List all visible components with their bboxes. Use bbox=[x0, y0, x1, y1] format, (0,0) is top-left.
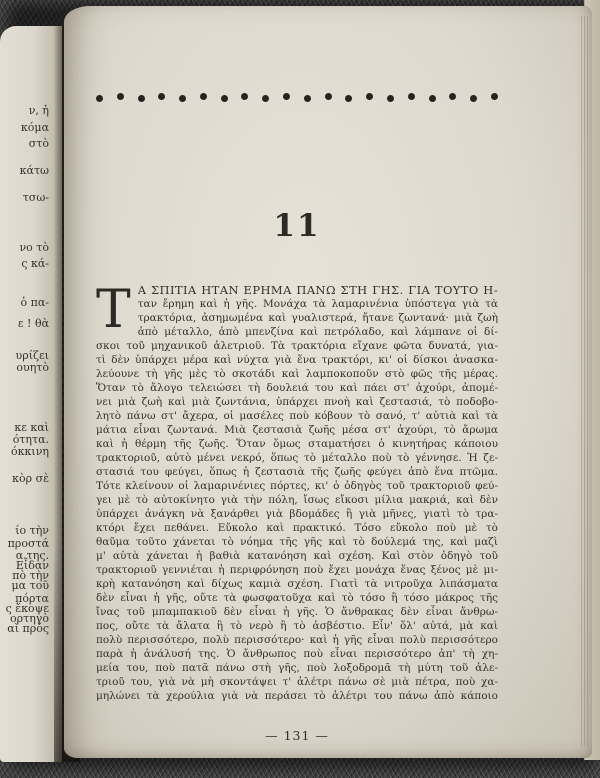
ornament-dot bbox=[283, 93, 290, 100]
ornament-dot bbox=[491, 93, 498, 100]
ornament-dot bbox=[221, 95, 228, 102]
text-line: σκοι τοῦ μηχανικοῦ ἀλετριοῦ. Τὰ τρακτόρι… bbox=[96, 339, 498, 353]
left-page-fragment: ουητὸ bbox=[16, 362, 49, 374]
text-line: τρακτοριοῦ, αὐτὸ μένει νεκρό, ὅπως τὸ μέ… bbox=[96, 451, 498, 465]
ornament-dot bbox=[179, 95, 186, 102]
left-page-fragment: ν, ἡ bbox=[29, 105, 49, 117]
left-page-fragment: ε ! θὰ bbox=[18, 318, 49, 330]
text-line: δὲν εἶναι ἡ γῆς, οὔτε τὰ φωσφατοῦχα καὶ … bbox=[96, 591, 498, 605]
ornament-dot bbox=[449, 93, 456, 100]
page-number: — 131 — bbox=[96, 728, 498, 743]
text-line: ἴνας τοῦ μπαμπακιοῦ δὲν εἶναι ἡ γῆς. Ὁ ἄ… bbox=[96, 605, 498, 619]
ornament-dot bbox=[304, 95, 311, 102]
text-line: κρὴ κατανόηση καὶ δίχως καμιὰ σχέση. Για… bbox=[96, 577, 498, 591]
ornament-dot bbox=[117, 93, 124, 100]
left-page-fragment: όκκινη bbox=[11, 446, 49, 458]
left-page-fragment: ς κά- bbox=[21, 258, 49, 270]
body-text: Τ Α ΣΠΙΤΙΑ ΗΤΑΝ ΕΡΗΜΑ ΠΑΝΩ ΣΤΗ ΓΗΣ. ΓΙΑ … bbox=[96, 283, 498, 703]
left-page-fragment: αὶ πρός bbox=[7, 623, 49, 635]
ornament-dot bbox=[429, 95, 436, 102]
left-page-fragment: κάτω bbox=[20, 165, 49, 177]
text-line: τρακτοριοῦ γεννιέται ἡ περιφρόνηση ποὺ ἔ… bbox=[96, 563, 498, 577]
text-line-first: Α ΣΠΙΤΙΑ ΗΤΑΝ ΕΡΗΜΑ ΠΑΝΩ ΣΤΗ ΓΗΣ. ΓΙΑ ΤΟ… bbox=[138, 283, 498, 297]
left-page-fragment: νο τὸ bbox=[19, 242, 49, 254]
ornament-dot bbox=[241, 93, 248, 100]
ornament-dot bbox=[200, 93, 207, 100]
text-line: λητὸ πάνω στ' ἄχερα, οἱ μασέλες ποὺ κόβο… bbox=[96, 409, 498, 423]
text-line: Τότε κλείνουν οἱ λαμαρινένιες πόρτες, κι… bbox=[96, 479, 498, 493]
text-line: ἀπὸ μέταλλο, ἀπὸ μπενζίνα καὶ πετρόλαδο,… bbox=[138, 325, 498, 339]
text-line: παρὰ ἡ ἀνάλυσή της. Ὁ ἄνθρωπος ποὺ εἶναι… bbox=[96, 647, 498, 661]
text-line: καὶ ἡ θέρμη τῆς ζωῆς. Ὅταν ὅμως σταματήσ… bbox=[96, 437, 498, 451]
left-page-fragment: μα τοῦ bbox=[12, 580, 49, 592]
ornament-dot bbox=[366, 93, 373, 100]
text-line: θαῦμα τοῦτο χάνεται τὸ νόημα τῆς γῆς καὶ… bbox=[96, 535, 498, 549]
left-page: ν, ἡκόμαστὸκάτωτσω-νο τὸς κά-ὁ πα-ε ! θὰ… bbox=[0, 26, 62, 762]
left-page-fragment: κόμα bbox=[21, 122, 49, 134]
ornament-dot bbox=[408, 93, 415, 100]
text-line: μ' αὐτὰ χάνεται ἡ βαθιὰ κατανόηση καὶ σχ… bbox=[96, 549, 498, 563]
text-line: στασιά του φεύγει, ὅπως ἡ ζεστασιὰ τῆς ζ… bbox=[96, 465, 498, 479]
ornament-dot bbox=[158, 93, 165, 100]
ornament-dot bbox=[345, 95, 352, 102]
left-page-fragment: τσω- bbox=[23, 192, 49, 204]
text-line: γει μὲ τὸ αὐτοκίνητο γιὰ τὴν πόλη, ἴσως … bbox=[96, 493, 498, 507]
text-line: νει μιὰ ζωὴ καὶ μιὰ ζωντάνια, ὑπάρχει πν… bbox=[96, 395, 498, 409]
text-line: μάτια εἶναι ζωντανά. Μιὰ ζεστασιὰ ζωῆς μ… bbox=[96, 423, 498, 437]
ornament-dot bbox=[325, 93, 332, 100]
ornament-dots bbox=[96, 90, 498, 102]
text-line: ὑπάρχει ἀνάγκη νὰ ξανάρθει γιὰ βδομάδες … bbox=[96, 507, 498, 521]
ornament-dot bbox=[138, 95, 145, 102]
text-line: Ὅταν τὸ ἄλογο τελειώσει τὴ δουλειά του κ… bbox=[96, 381, 498, 395]
ornament-dot bbox=[262, 95, 269, 102]
ornament-dot bbox=[470, 95, 477, 102]
text-line: τρακτόρια, ἀσημωμένα καὶ γυαλιστερά, ἤτα… bbox=[138, 311, 498, 325]
text-line: μεία του, ποὺ πατᾶ πάνω στὴ γῆς, ποὺ λοξ… bbox=[96, 661, 498, 675]
text-line: πολὺ περισσότερο, πολὺ περισσότερο· καὶ … bbox=[96, 633, 498, 647]
text-line: μηλώνει τὰ χερούλια γιὰ νὰ περάσει τὸ ἀλ… bbox=[96, 689, 498, 703]
text-line: κτόρι ἔχει πεθάνει. Εὔκολο καὶ πρακτικό.… bbox=[96, 521, 498, 535]
left-page-fragments: ν, ἡκόμαστὸκάτωτσω-νο τὸς κά-ὁ πα-ε ! θὰ… bbox=[0, 26, 62, 762]
ornament-dot bbox=[96, 95, 103, 102]
left-page-fragment: κὸρ σὲ bbox=[12, 473, 49, 485]
text-line: τριοῦ του, γιὰ νὰ μὴ σκοντάψει τ' ἀλέτρι… bbox=[96, 675, 498, 689]
text-line: τὶ δὲν ὑπάρχει μέρα καὶ νύχτα γιὰ ἕνα τρ… bbox=[96, 353, 498, 367]
left-page-fragment: στὸ bbox=[29, 138, 49, 150]
page-edge-lines bbox=[579, 16, 590, 746]
left-page-fragment: ίο τὴν bbox=[15, 525, 49, 537]
left-page-fragment: ὁ πα- bbox=[21, 297, 50, 309]
text-line: λεύουνε τὴ γῆς μὲς τὸ σκοτάδι καὶ λαμποκ… bbox=[96, 367, 498, 381]
drop-cap: Τ bbox=[96, 283, 138, 337]
text-line: πος, οὔτε τὰ ἄλατα ἢ τὸ νερὸ ἢ τὸ ἀσβέστ… bbox=[96, 619, 498, 633]
text-line: ταν ἔρημη καὶ ἡ γῆς. Μονάχα τὰ λαμαρινέν… bbox=[138, 297, 498, 311]
chapter-number: 11 bbox=[96, 208, 498, 250]
ornament-dot bbox=[387, 95, 394, 102]
main-page: 11 Τ Α ΣΠΙΤΙΑ ΗΤΑΝ ΕΡΗΜΑ ΠΑΝΩ ΣΤΗ ΓΗΣ. Γ… bbox=[64, 6, 592, 758]
